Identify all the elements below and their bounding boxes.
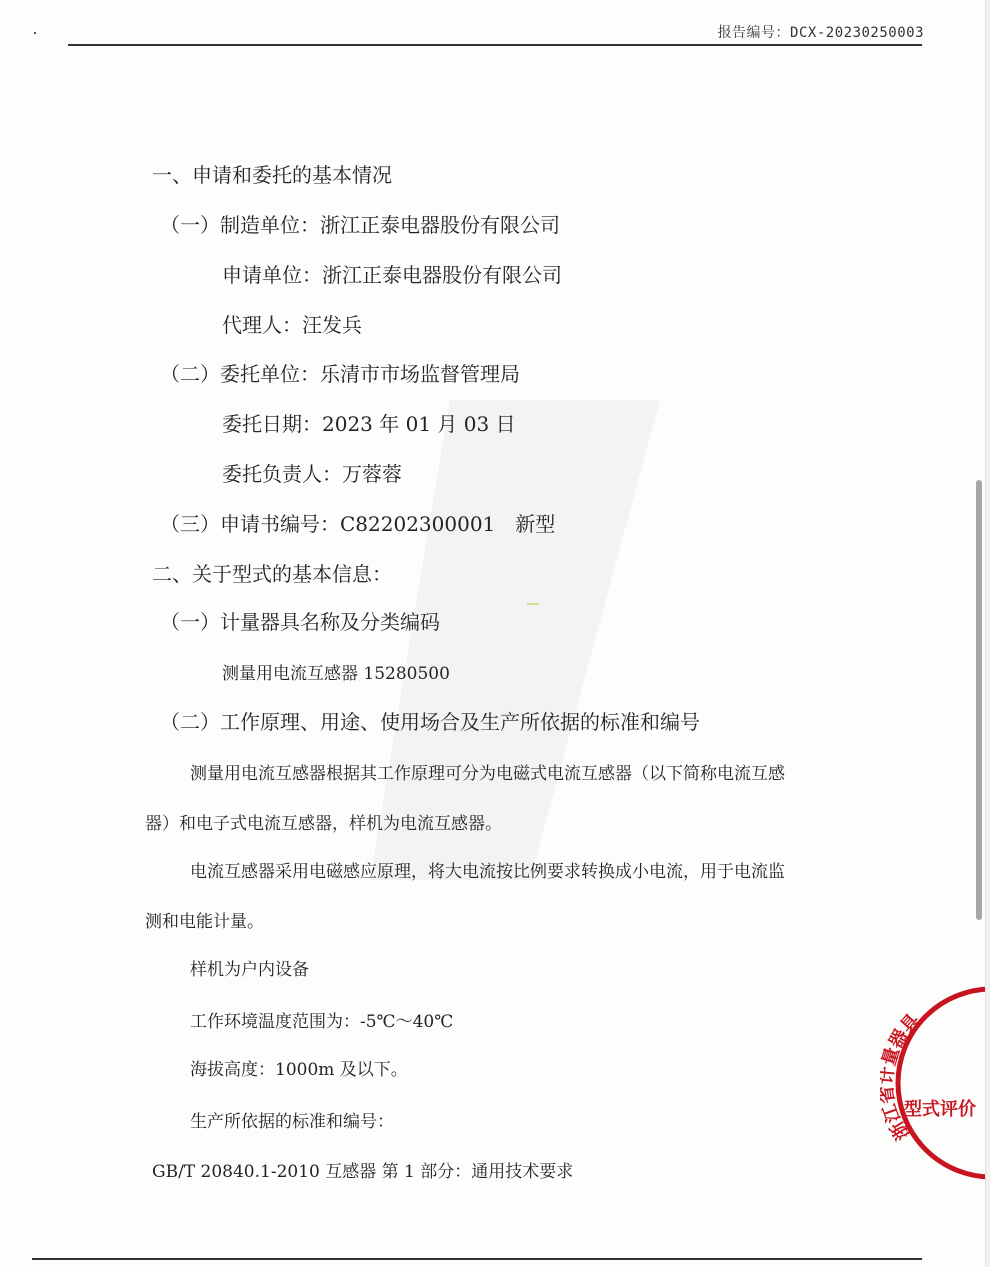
scan-mark (527, 603, 539, 605)
section2-title: 二、关于型式的基本信息： (152, 562, 392, 586)
para1-line1: 测量用电流互感器根据其工作原理可分为电磁式电流互感器（以下简称电流互感 (190, 762, 785, 786)
application-no-line: （三）申请书编号：C82202300001 新型 (160, 512, 555, 536)
report-number: 报告编号：DCX-20230250003 (718, 22, 924, 42)
document-page: 报告编号：DCX-20230250003 一、申请和委托的基本情况 （一）制造单… (0, 0, 990, 1267)
viewer-edge (985, 0, 990, 1267)
para2-line2: 测和电能计量。 (145, 910, 264, 934)
manufacturer-line: （一）制造单位：浙江正泰电器股份有限公司 (160, 213, 560, 237)
seal-inner-text: 型式评价 (904, 1098, 976, 1120)
indoor-line: 样机为户内设备 (190, 958, 309, 982)
scan-speck (34, 32, 36, 34)
applicant-line: 申请单位：浙江正泰电器股份有限公司 (222, 263, 562, 287)
standard-line: GB/T 20840.1-2010 互感器 第 1 部分：通用技术要求 (152, 1160, 573, 1184)
header-rule (68, 44, 922, 46)
standard-label-line: 生产所依据的标准和编号： (190, 1110, 394, 1134)
para2-line1: 电流互感器采用电磁感应原理，将大电流按比例要求转换成小电流，用于电流监 (190, 860, 785, 884)
seal-arc-text: 浙江省计量器具 (880, 1009, 924, 1144)
entrust-date-line: 委托日期：2023 年 01 月 03 日 (222, 412, 516, 436)
vertical-scrollbar[interactable] (976, 480, 982, 920)
sub1-title: （一）计量器具名称及分类编码 (160, 610, 440, 634)
temperature-line: 工作环境温度范围为：-5℃～40℃ (190, 1010, 453, 1034)
svg-text:浙江省计量器具: 浙江省计量器具 (880, 1009, 924, 1144)
entrusting-unit-line: （二）委托单位：乐清市市场监督管理局 (160, 362, 520, 386)
watermark-logo-icon (330, 360, 690, 920)
sub2-title: （二）工作原理、用途、使用场合及生产所依据的标准和编号 (160, 710, 700, 734)
agent-line: 代理人：汪发兵 (222, 313, 362, 337)
footer-rule (32, 1258, 922, 1260)
official-seal: 浙江省计量器具 型式评价 (880, 985, 990, 1180)
instrument-line: 测量用电流互感器 15280500 (222, 662, 450, 686)
para1-line2: 器）和电子式电流互感器，样机为电流互感器。 (145, 812, 502, 836)
entrust-person-line: 委托负责人：万蓉蓉 (222, 462, 402, 486)
seal-icon: 浙江省计量器具 型式评价 (880, 985, 990, 1180)
altitude-line: 海拔高度：1000m 及以下。 (190, 1058, 408, 1082)
section1-title: 一、申请和委托的基本情况 (152, 163, 392, 187)
